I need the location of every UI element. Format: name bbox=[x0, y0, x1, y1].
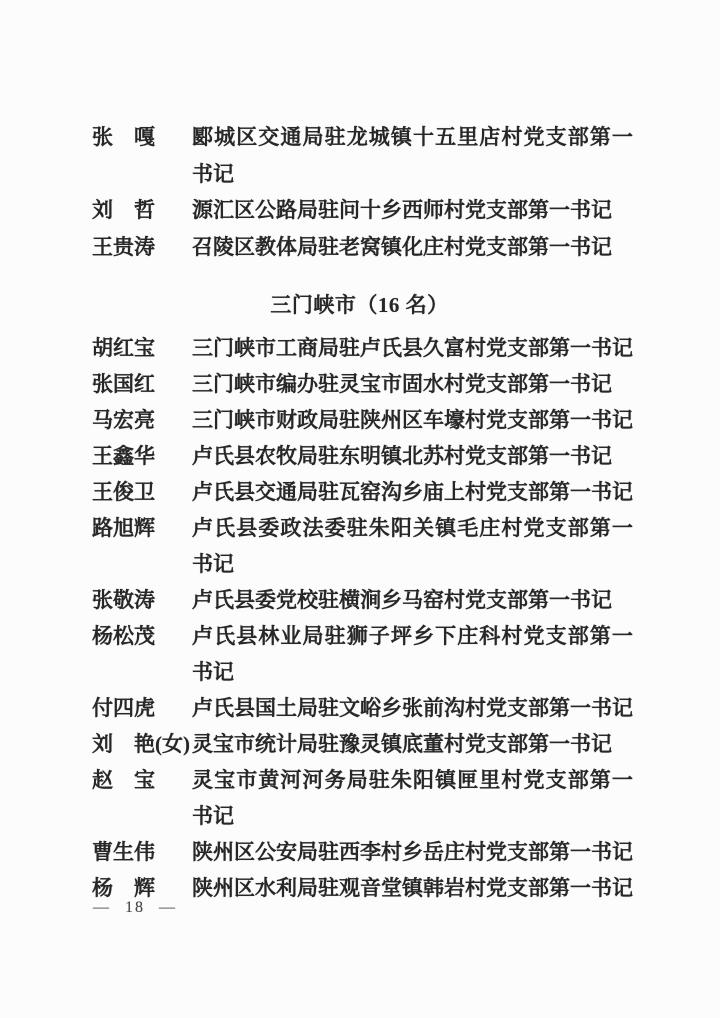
entry-name-text: 路旭辉 bbox=[92, 516, 155, 540]
entry-name: 刘 哲 bbox=[92, 192, 192, 229]
entry-row: 杨松茂卢氏县林业局驻狮子坪乡下庄科村党支部第一书记 bbox=[92, 618, 634, 690]
entry-name: 刘 艳(女) bbox=[92, 726, 192, 762]
entry-name-text: 胡红宝 bbox=[92, 336, 155, 360]
entry-name: 张敬涛 bbox=[92, 582, 192, 618]
entry-name-text: 赵 宝 bbox=[92, 768, 155, 792]
entry-position-line: 陕州区公安局驻西李村乡岳庄村党支部第一书记 bbox=[192, 834, 634, 870]
entry-position-line: 三门峡市工商局驻卢氏县久富村党支部第一书记 bbox=[192, 330, 634, 366]
entry-name: 王俊卫 bbox=[92, 474, 192, 510]
entry-position: 卢氏县交通局驻瓦窑沟乡庙上村党支部第一书记 bbox=[192, 474, 634, 510]
entry-position: 卢氏县委政法委驻朱阳关镇毛庄村党支部第一书记 bbox=[192, 510, 634, 582]
entry-row: 王鑫华卢氏县农牧局驻东明镇北苏村党支部第一书记 bbox=[92, 438, 634, 474]
entry-position-line: 书记 bbox=[192, 156, 634, 193]
entry-name-text: 马宏亮 bbox=[92, 408, 155, 432]
entry-name-text: 王贵涛 bbox=[92, 235, 155, 259]
entry-name-text: 张 嘎 bbox=[92, 125, 155, 149]
entry-position-line: 郾城区交通局驻龙城镇十五里店村党支部第一 bbox=[192, 119, 634, 156]
entry-position: 三门峡市财政局驻陕州区车壕村党支部第一书记 bbox=[192, 402, 634, 438]
entry-position: 陕州区水利局驻观音堂镇韩岩村党支部第一书记 bbox=[192, 870, 634, 906]
entry-position: 灵宝市统计局驻豫灵镇底董村党支部第一书记 bbox=[192, 726, 634, 762]
entry-position: 三门峡市工商局驻卢氏县久富村党支部第一书记 bbox=[192, 330, 634, 366]
entry-position-line: 卢氏县国土局驻文峪乡张前沟村党支部第一书记 bbox=[192, 690, 634, 726]
entry-position: 陕州区公安局驻西李村乡岳庄村党支部第一书记 bbox=[192, 834, 634, 870]
entry-row: 张国红三门峡市编办驻灵宝市固水村党支部第一书记 bbox=[92, 366, 634, 402]
section-header: 三门峡市（16 名） bbox=[92, 265, 627, 330]
entry-name: 张国红 bbox=[92, 366, 192, 402]
entry-list: 张 嘎郾城区交通局驻龙城镇十五里店村党支部第一书记刘 哲源汇区公路局驻问十乡西师… bbox=[92, 119, 634, 906]
entry-name: 付四虎 bbox=[92, 690, 192, 726]
entry-name: 曹生伟 bbox=[92, 834, 192, 870]
entry-row: 刘 哲源汇区公路局驻问十乡西师村党支部第一书记 bbox=[92, 192, 634, 229]
entry-name: 张 嘎 bbox=[92, 119, 192, 156]
entry-position-line: 卢氏县交通局驻瓦窑沟乡庙上村党支部第一书记 bbox=[192, 474, 634, 510]
entry-row: 王贵涛召陵区教体局驻老窝镇化庄村党支部第一书记 bbox=[92, 229, 634, 266]
entry-row: 赵 宝灵宝市黄河河务局驻朱阳镇匣里村党支部第一书记 bbox=[92, 762, 634, 834]
entry-name: 王贵涛 bbox=[92, 229, 192, 266]
entry-row: 张敬涛卢氏县委党校驻横涧乡马窑村党支部第一书记 bbox=[92, 582, 634, 618]
entry-name-text: 杨 辉 bbox=[92, 876, 155, 900]
entry-position-line: 源汇区公路局驻问十乡西师村党支部第一书记 bbox=[192, 192, 634, 229]
entry-row: 马宏亮三门峡市财政局驻陕州区车壕村党支部第一书记 bbox=[92, 402, 634, 438]
entry-position-line: 灵宝市统计局驻豫灵镇底董村党支部第一书记 bbox=[192, 726, 634, 762]
entry-name: 马宏亮 bbox=[92, 402, 192, 438]
entry-position-line: 卢氏县农牧局驻东明镇北苏村党支部第一书记 bbox=[192, 438, 634, 474]
entry-position: 卢氏县国土局驻文峪乡张前沟村党支部第一书记 bbox=[192, 690, 634, 726]
entry-position-line: 卢氏县委政法委驻朱阳关镇毛庄村党支部第一 bbox=[192, 510, 634, 546]
entry-name: 路旭辉 bbox=[92, 510, 192, 546]
entry-row: 路旭辉卢氏县委政法委驻朱阳关镇毛庄村党支部第一书记 bbox=[92, 510, 634, 582]
entry-position-line: 卢氏县林业局驻狮子坪乡下庄科村党支部第一 bbox=[192, 618, 634, 654]
entry-position: 三门峡市编办驻灵宝市固水村党支部第一书记 bbox=[192, 366, 634, 402]
section: 张 嘎郾城区交通局驻龙城镇十五里店村党支部第一书记刘 哲源汇区公路局驻问十乡西师… bbox=[92, 119, 634, 265]
entry-name-text: 张敬涛 bbox=[92, 588, 155, 612]
entry-position: 郾城区交通局驻龙城镇十五里店村党支部第一书记 bbox=[192, 119, 634, 192]
entry-name-text: 刘 艳 bbox=[92, 732, 155, 756]
entry-position: 召陵区教体局驻老窝镇化庄村党支部第一书记 bbox=[192, 229, 634, 266]
entry-position-line: 书记 bbox=[192, 654, 634, 690]
entry-position-line: 陕州区水利局驻观音堂镇韩岩村党支部第一书记 bbox=[192, 870, 634, 906]
entry-name-text: 张国红 bbox=[92, 372, 155, 396]
entry-position-line: 召陵区教体局驻老窝镇化庄村党支部第一书记 bbox=[192, 229, 634, 266]
entry-name: 赵 宝 bbox=[92, 762, 192, 798]
section: 三门峡市（16 名）胡红宝三门峡市工商局驻卢氏县久富村党支部第一书记张国红三门峡… bbox=[92, 265, 634, 906]
entry-position: 卢氏县委党校驻横涧乡马窑村党支部第一书记 bbox=[192, 582, 634, 618]
page-number: — 18 — bbox=[93, 899, 177, 917]
entry-row: 王俊卫卢氏县交通局驻瓦窑沟乡庙上村党支部第一书记 bbox=[92, 474, 634, 510]
entry-name: 杨松茂 bbox=[92, 618, 192, 654]
entry-position: 卢氏县农牧局驻东明镇北苏村党支部第一书记 bbox=[192, 438, 634, 474]
entry-name-text: 王鑫华 bbox=[92, 444, 155, 468]
entry-name-text: 曹生伟 bbox=[92, 840, 155, 864]
entry-name-text: 王俊卫 bbox=[92, 480, 155, 504]
entry-row: 付四虎卢氏县国土局驻文峪乡张前沟村党支部第一书记 bbox=[92, 690, 634, 726]
entry-position-line: 书记 bbox=[192, 798, 634, 834]
entry-row: 张 嘎郾城区交通局驻龙城镇十五里店村党支部第一书记 bbox=[92, 119, 634, 192]
entry-row: 胡红宝三门峡市工商局驻卢氏县久富村党支部第一书记 bbox=[92, 330, 634, 366]
entry-position: 灵宝市黄河河务局驻朱阳镇匣里村党支部第一书记 bbox=[192, 762, 634, 834]
entry-row: 曹生伟陕州区公安局驻西李村乡岳庄村党支部第一书记 bbox=[92, 834, 634, 870]
entry-position: 源汇区公路局驻问十乡西师村党支部第一书记 bbox=[192, 192, 634, 229]
entry-position-line: 书记 bbox=[192, 546, 634, 582]
entry-name: 王鑫华 bbox=[92, 438, 192, 474]
entry-row: 刘 艳(女)灵宝市统计局驻豫灵镇底董村党支部第一书记 bbox=[92, 726, 634, 762]
entry-name-suffix: (女) bbox=[155, 732, 190, 756]
entry-position-line: 卢氏县委党校驻横涧乡马窑村党支部第一书记 bbox=[192, 582, 634, 618]
entry-name-text: 杨松茂 bbox=[92, 624, 155, 648]
entry-name: 胡红宝 bbox=[92, 330, 192, 366]
entry-position: 卢氏县林业局驻狮子坪乡下庄科村党支部第一书记 bbox=[192, 618, 634, 690]
entry-name-text: 付四虎 bbox=[92, 696, 155, 720]
entry-name-text: 刘 哲 bbox=[92, 198, 155, 222]
entry-position-line: 灵宝市黄河河务局驻朱阳镇匣里村党支部第一 bbox=[192, 762, 634, 798]
document-page: 张 嘎郾城区交通局驻龙城镇十五里店村党支部第一书记刘 哲源汇区公路局驻问十乡西师… bbox=[0, 0, 720, 1018]
entry-position-line: 三门峡市编办驻灵宝市固水村党支部第一书记 bbox=[192, 366, 634, 402]
entry-position-line: 三门峡市财政局驻陕州区车壕村党支部第一书记 bbox=[192, 402, 634, 438]
